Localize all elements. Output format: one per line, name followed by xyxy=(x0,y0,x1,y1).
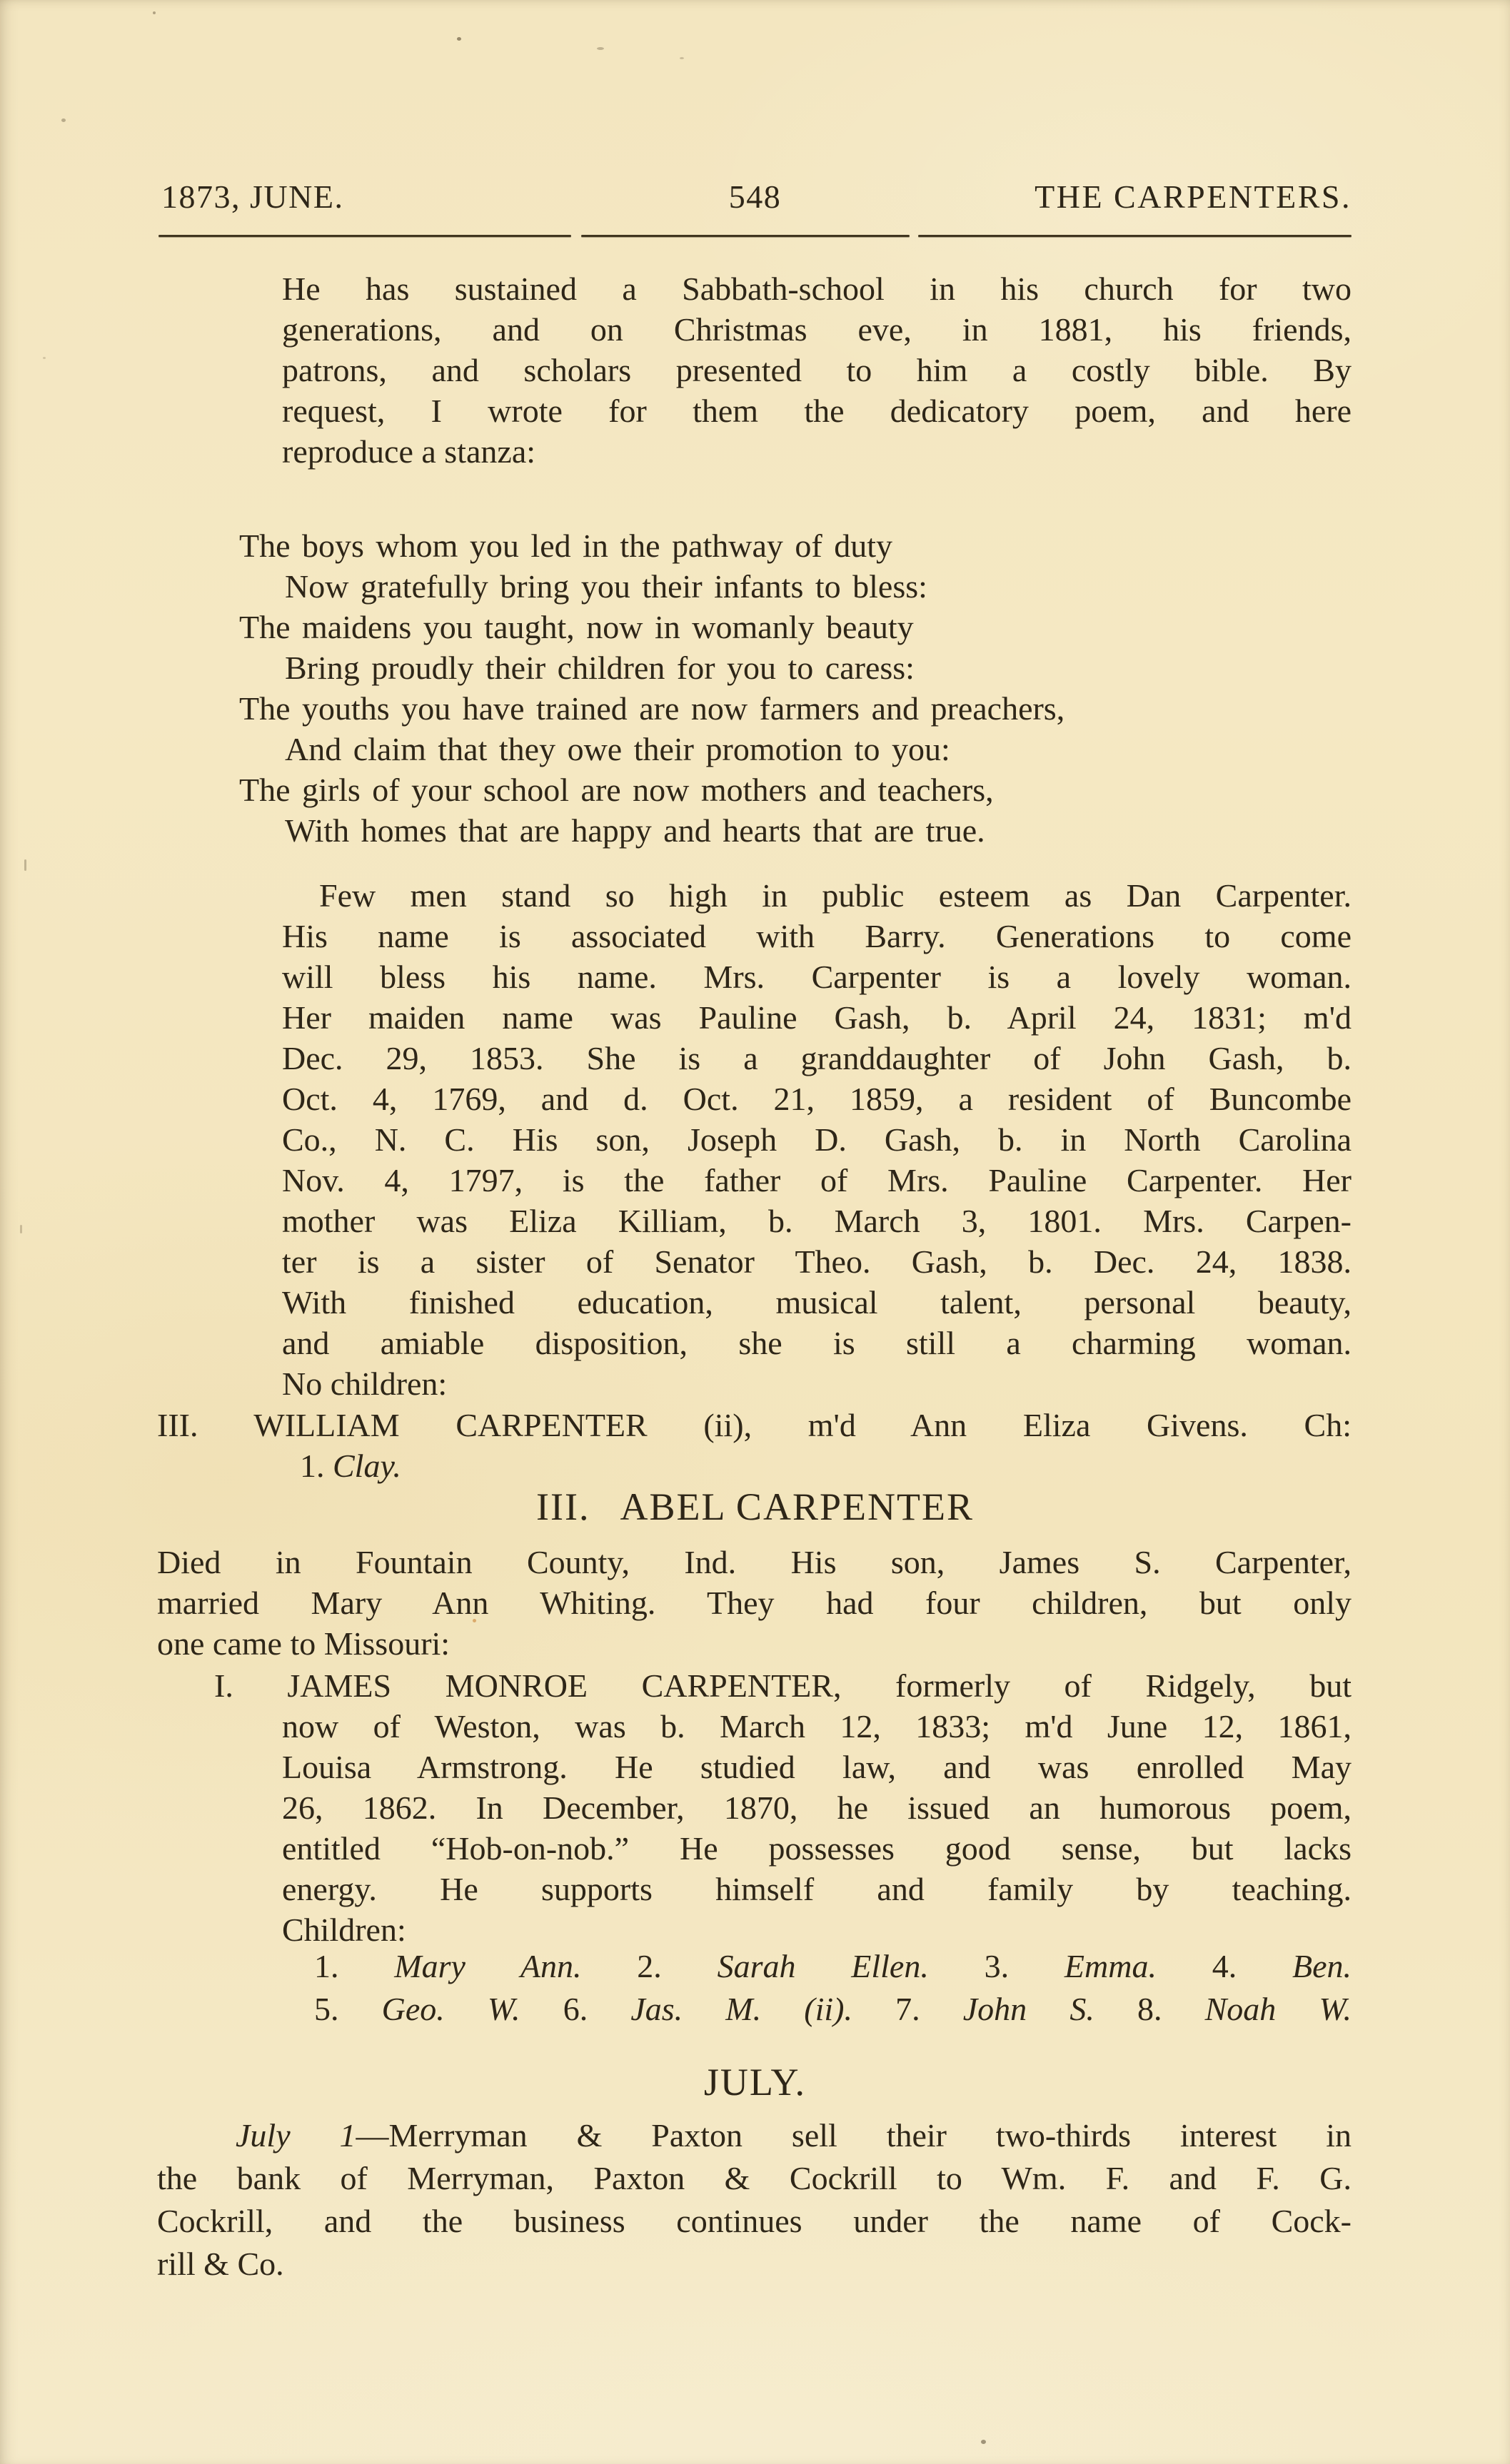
paper-speck xyxy=(24,859,26,871)
header-book-title: THE CARPENTERS. xyxy=(157,178,1352,216)
paragraph-line: will bless his name. Mrs. Carpenter is a… xyxy=(282,956,1352,997)
poem-line: Bring proudly their children for you to … xyxy=(285,647,1064,688)
paragraph-line: patrons, and scholars presented to him a… xyxy=(282,350,1352,390)
poem-stanza: The boys whom you led in the pathway of … xyxy=(239,525,1064,851)
poem-line: Now gratefully bring you their infants t… xyxy=(285,566,1064,607)
poem-line: The girls of your school are now mothers… xyxy=(239,769,1064,810)
abel-section-heading: III.ABEL CARPENTER xyxy=(0,1485,1510,1529)
intro-paragraph: He has sustained a Sabbath-school in his… xyxy=(282,268,1352,472)
header-rule-segment xyxy=(581,235,910,237)
dan-carpenter-paragraph: Few men stand so high in public esteem a… xyxy=(282,875,1352,1404)
paragraph-line: and amiable disposition, she is still a … xyxy=(282,1323,1352,1363)
paper-speck xyxy=(20,1225,22,1233)
paragraph-line: request, I wrote for them the dedicatory… xyxy=(282,390,1352,431)
paragraph-line: Nov. 4, 1797, is the father of Mrs. Paul… xyxy=(282,1160,1352,1201)
paper-speck xyxy=(153,11,156,14)
july-section-heading: JULY. xyxy=(0,2060,1510,2104)
paragraph-line: now of Weston, was b. March 12, 1833; m'… xyxy=(282,1706,1352,1747)
july-paragraph: July 1—Merryman & Paxton sell their two-… xyxy=(157,2114,1352,2286)
william-carpenter-entry: III. WILLIAM CARPENTER (ii), m'd Ann Eli… xyxy=(157,1405,1352,1445)
children-list-line: 1. Mary Ann. 2. Sarah Ellen. 3. Emma. 4.… xyxy=(314,1945,1352,1988)
paragraph-line: mother was Eliza Killiam, b. March 3, 18… xyxy=(282,1201,1352,1241)
paragraph-line: 26, 1862. In December, 1870, he issued a… xyxy=(282,1787,1352,1828)
paragraph-line: one came to Missouri: xyxy=(157,1623,1352,1664)
paragraph-line: July 1—Merryman & Paxton sell their two-… xyxy=(157,2114,1352,2157)
paper-speck xyxy=(61,118,66,122)
paragraph-line: No children: xyxy=(282,1363,1352,1404)
paragraph-line: rill & Co. xyxy=(157,2243,1352,2286)
header-rule-segment xyxy=(158,235,571,237)
heading-name: ABEL CARPENTER xyxy=(620,1485,974,1528)
scanned-book-page: 1873, JUNE. 548 THE CARPENTERS. He has s… xyxy=(0,0,1510,2464)
paragraph-line: Children: xyxy=(282,1909,1352,1950)
paragraph-line: Cockrill, and the business continues und… xyxy=(157,2200,1352,2243)
poem-line: With homes that are happy and hearts tha… xyxy=(285,810,1064,851)
paper-speck xyxy=(473,1619,476,1622)
header-rule-segment xyxy=(918,235,1352,237)
paragraph-line: Dec. 29, 1853. She is a granddaughter of… xyxy=(282,1038,1352,1079)
paragraph-line: He has sustained a Sabbath-school in his… xyxy=(282,268,1352,309)
paragraph-line: Her maiden name was Pauline Gash, b. Apr… xyxy=(282,997,1352,1038)
heading-numeral: III. xyxy=(536,1485,590,1528)
paragraph-line: I. JAMES MONROE CARPENTER, formerly of R… xyxy=(214,1665,1352,1706)
poem-line: The maidens you taught, now in womanly b… xyxy=(239,607,1064,647)
paragraph-line: Died in Fountain County, Ind. His son, J… xyxy=(157,1542,1352,1582)
paragraph-line: With finished education, musical talent,… xyxy=(282,1282,1352,1323)
william-child-line: 1. Clay. xyxy=(300,1445,942,1486)
paper-speck xyxy=(680,57,684,59)
paragraph-line: Louisa Armstrong. He studied law, and wa… xyxy=(282,1747,1352,1787)
paragraph-line: generations, and on Christmas eve, in 18… xyxy=(282,309,1352,350)
paragraph-line: entitled “Hob-on-nob.” He possesses good… xyxy=(282,1828,1352,1869)
poem-line: And claim that they owe their promotion … xyxy=(285,729,1064,769)
paper-speck xyxy=(597,47,604,50)
abel-paragraph: Died in Fountain County, Ind. His son, J… xyxy=(157,1542,1352,1664)
poem-line: The boys whom you led in the pathway of … xyxy=(239,525,1064,566)
paragraph-line: married Mary Ann Whiting. They had four … xyxy=(157,1582,1352,1623)
paragraph-line: energy. He supports himself and family b… xyxy=(282,1869,1352,1909)
children-list-line: 5. Geo. W. 6. Jas. M. (ii). 7. John S. 8… xyxy=(314,1988,1352,2031)
paragraph-line: the bank of Merryman, Paxton & Cockrill … xyxy=(157,2157,1352,2200)
paper-speck xyxy=(43,357,46,359)
james-monroe-entry: I. JAMES MONROE CARPENTER, formerly of R… xyxy=(282,1665,1352,1950)
paragraph-line: Oct. 4, 1769, and d. Oct. 21, 1859, a re… xyxy=(282,1079,1352,1119)
poem-line: The youths you have trained are now farm… xyxy=(239,688,1064,729)
paragraph-line: Few men stand so high in public esteem a… xyxy=(282,875,1352,916)
paper-speck xyxy=(981,2440,986,2444)
paper-speck xyxy=(457,37,461,41)
paragraph-line: His name is associated with Barry. Gener… xyxy=(282,916,1352,956)
paragraph-line: ter is a sister of Senator Theo. Gash, b… xyxy=(282,1241,1352,1282)
paragraph-line: Co., N. C. His son, Joseph D. Gash, b. i… xyxy=(282,1119,1352,1160)
paragraph-line: reproduce a stanza: xyxy=(282,431,1352,472)
james-children-list: 1. Mary Ann. 2. Sarah Ellen. 3. Emma. 4.… xyxy=(314,1945,1352,2031)
